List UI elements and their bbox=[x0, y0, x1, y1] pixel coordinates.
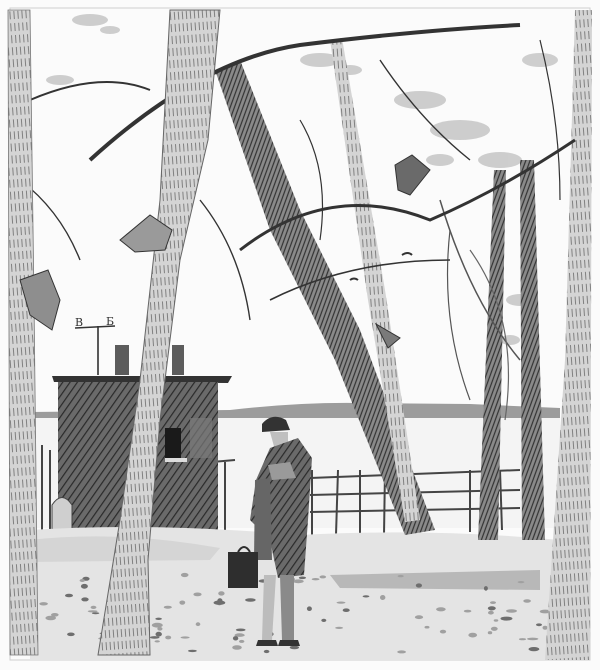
illustration-frame: B Б bbox=[0, 0, 600, 670]
svg-text:Б: Б bbox=[106, 315, 114, 328]
svg-text:B: B bbox=[75, 316, 83, 329]
bag bbox=[228, 547, 258, 588]
pencil-illustration: B Б bbox=[0, 0, 600, 670]
